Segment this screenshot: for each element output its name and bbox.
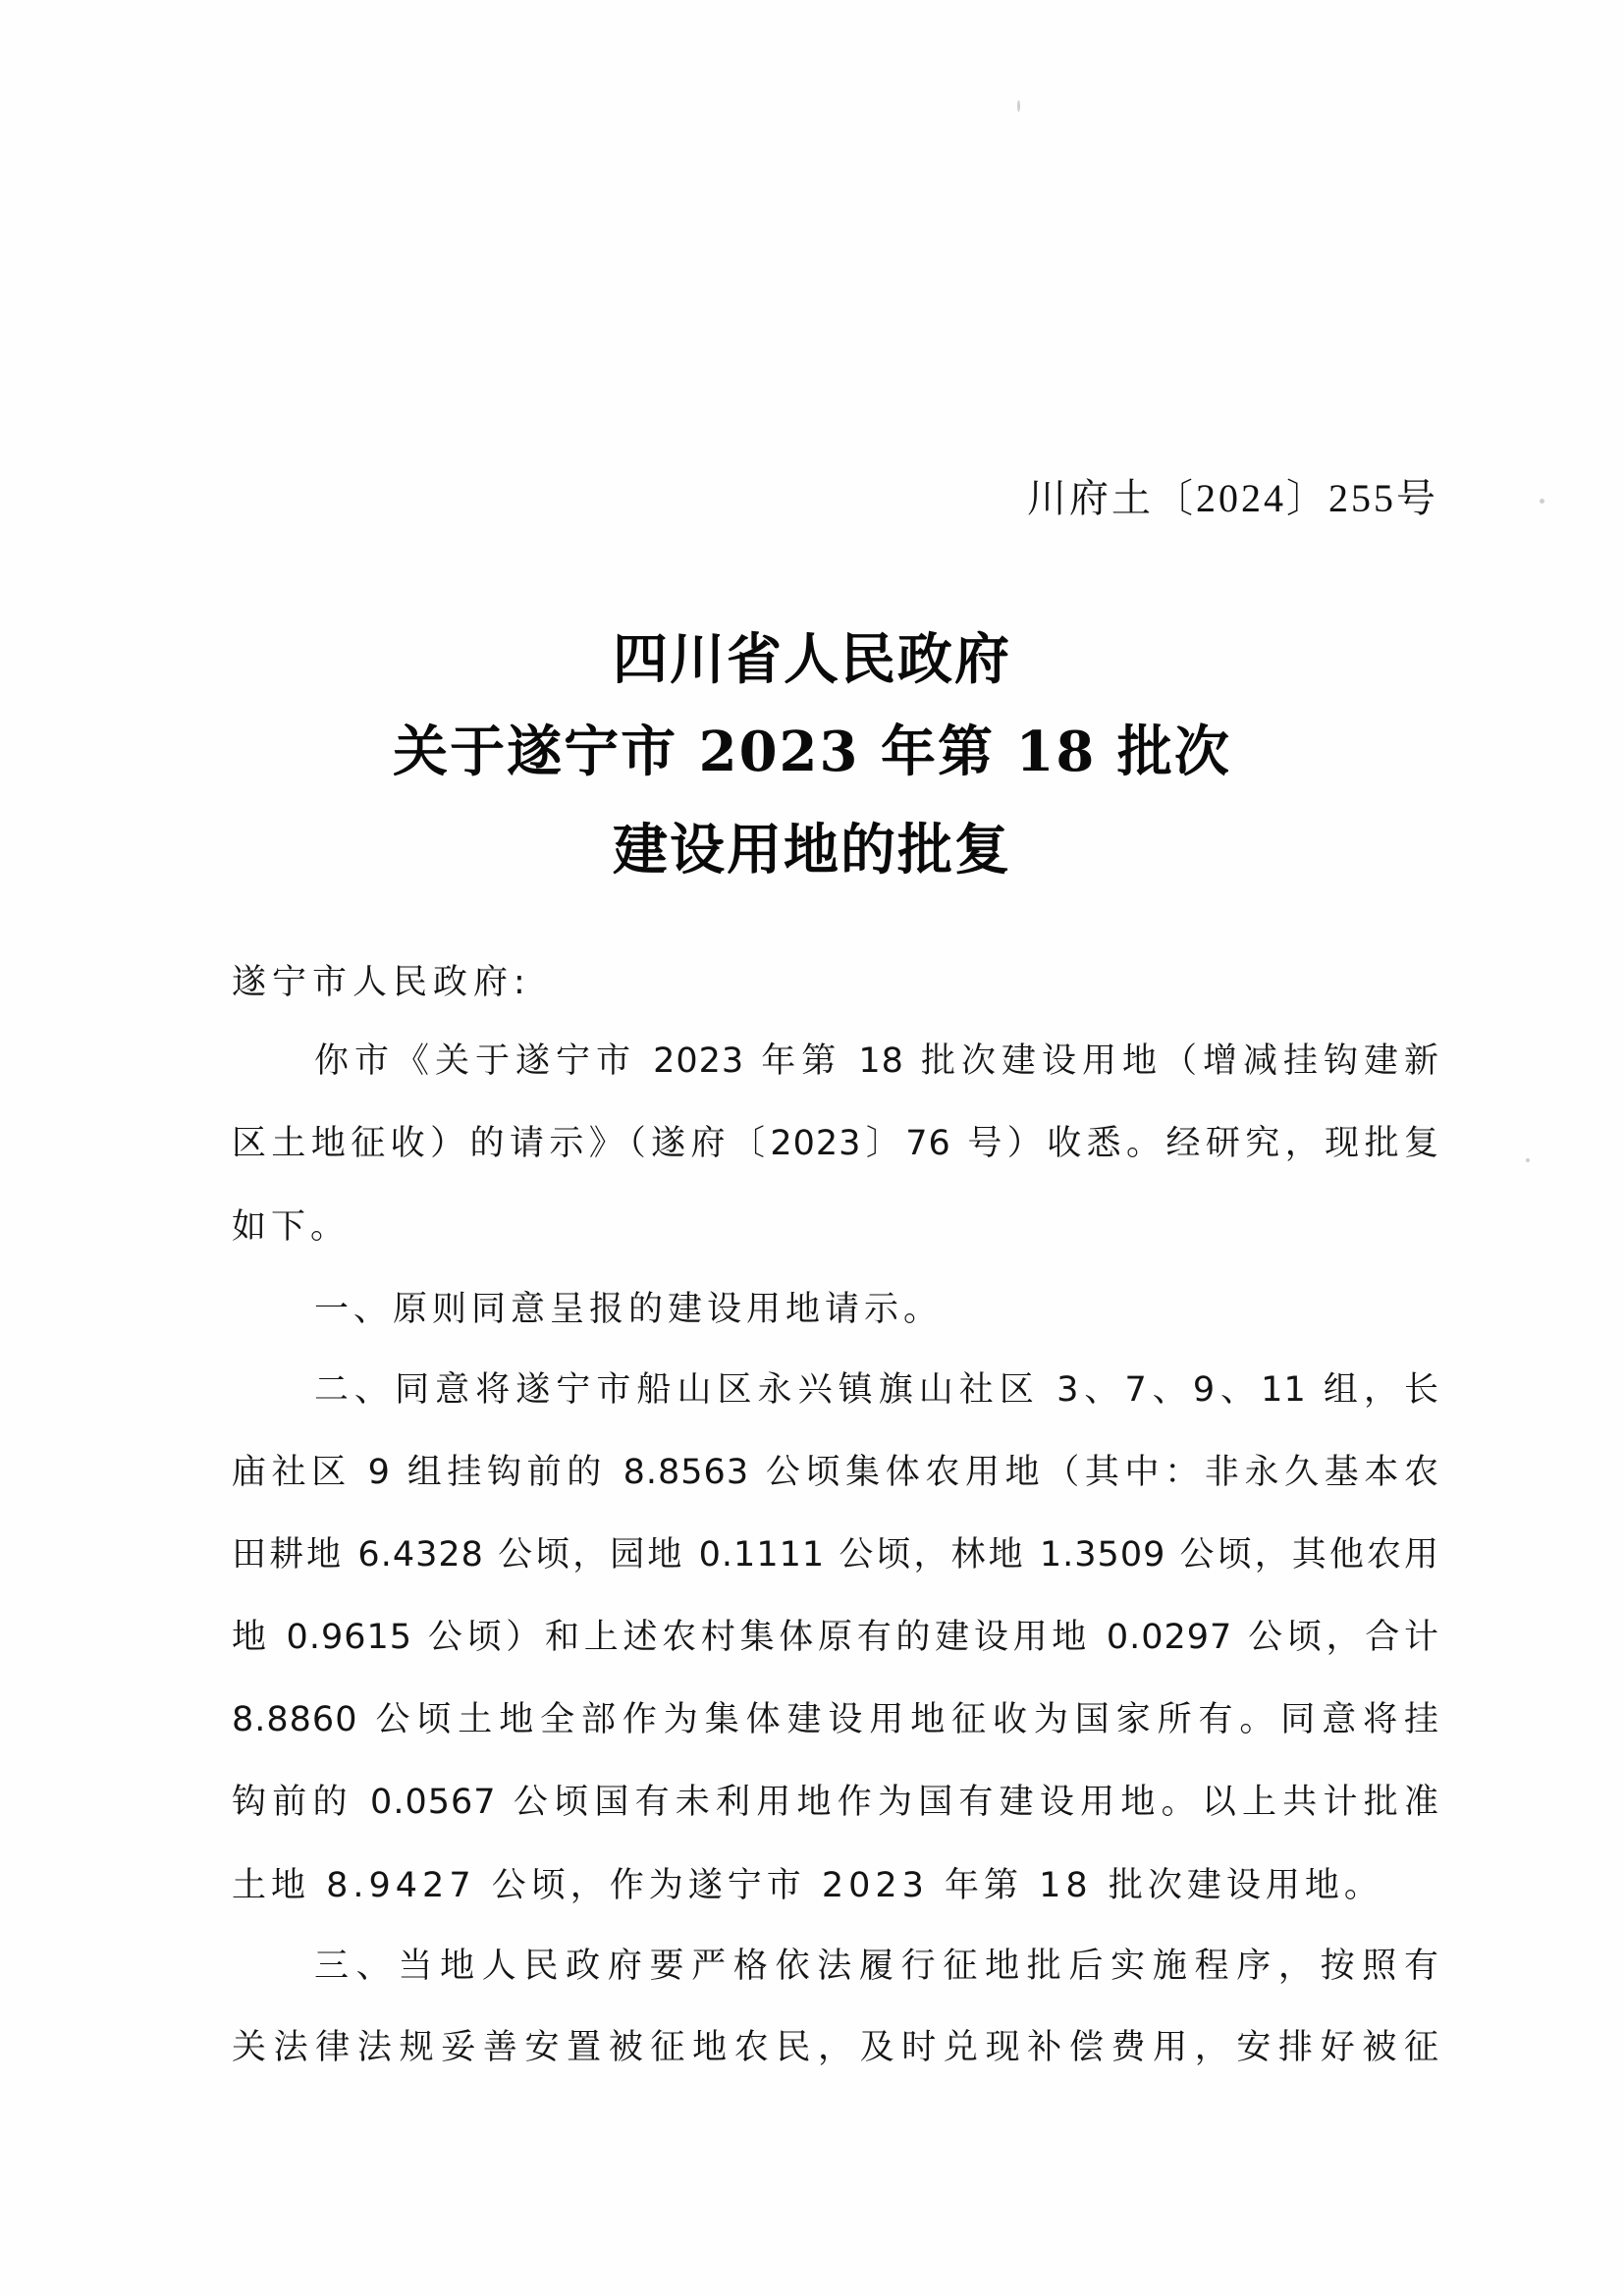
- scan-speck: [1017, 100, 1020, 112]
- body-line: 关法律法规妥善安置被征地农民，及时兑现补偿费用，安排好被征: [232, 2024, 1439, 2071]
- document-page: 川府土〔2024〕255号 四川省人民政府 关于遂宁市 2023 年第 18 批…: [0, 0, 1624, 2296]
- scan-speck: [1540, 499, 1544, 504]
- body-line: 土地 8.9427 公顷，作为遂宁市 2023 年第 18 批次建设用地。: [232, 1862, 1439, 1909]
- body-line: 你市《关于遂宁市 2023 年第 18 批次建设用地（增减挂钩建新: [314, 1038, 1439, 1085]
- salutation: 遂宁市人民政府:: [232, 959, 1439, 1006]
- title-subject: 关于遂宁市 2023 年第 18 批次: [0, 721, 1624, 783]
- item-one: 一、原则同意呈报的建设用地请示。: [314, 1286, 1439, 1333]
- body-line: 如下。: [232, 1203, 1439, 1251]
- title-issuer: 四川省人民政府: [0, 628, 1624, 691]
- document-number: 川府土〔2024〕255号: [1027, 477, 1438, 520]
- item-two: 二、同意将遂宁市船山区永兴镇旗山社区 3、7、9、11 组，长: [314, 1366, 1439, 1414]
- body-line: 地 0.9615 公顷）和上述农村集体原有的建设用地 0.0297 公顷，合计: [232, 1614, 1439, 1661]
- body-line: 田耕地 6.4328 公顷，园地 0.1111 公顷，林地 1.3509 公顷，…: [232, 1531, 1439, 1578]
- body-line: 区土地征收）的请示》（遂府〔2023〕76 号）收悉。经研究，现批复: [232, 1120, 1439, 1167]
- title-subject-cont: 建设用地的批复: [0, 819, 1624, 881]
- item-three: 三、当地人民政府要严格依法履行征地批后实施程序，按照有: [314, 1943, 1439, 1990]
- body-line: 钩前的 0.0567 公顷国有未利用地作为国有建设用地。以上共计批准: [232, 1779, 1439, 1826]
- scan-speck: [1526, 1158, 1530, 1162]
- body-line: 庙社区 9 组挂钩前的 8.8563 公顷集体农用地（其中：非永久基本农: [232, 1449, 1439, 1496]
- body-line: 8.8860 公顷土地全部作为集体建设用地征收为国家所有。同意将挂: [232, 1696, 1439, 1743]
